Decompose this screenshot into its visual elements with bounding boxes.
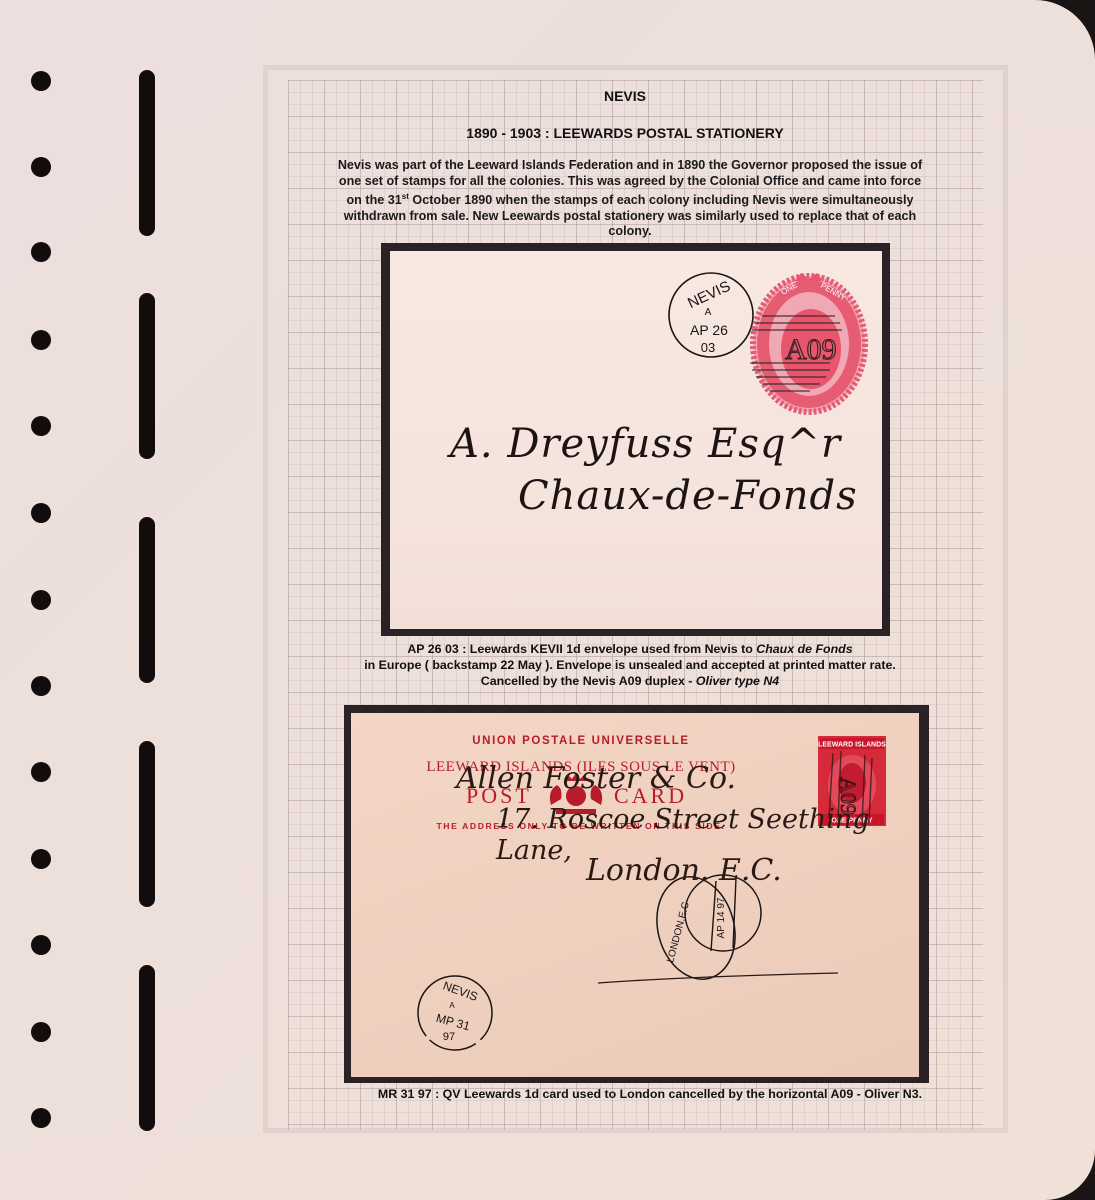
punch-hole xyxy=(31,503,51,523)
postcard-caption: MR 31 97 : QV Leewards 1d card used to L… xyxy=(340,1087,960,1101)
intro-paragraph: Nevis was part of the Leeward Islands Fe… xyxy=(330,158,930,240)
binder-slot xyxy=(139,965,155,1131)
envelope: NEVIS A AP 26 03 ONE PENNY xyxy=(390,251,882,629)
binder-slot xyxy=(139,517,155,683)
punch-hole xyxy=(31,935,51,955)
nevis-postmark-icon: NEVIS A MP 31 97 xyxy=(418,976,492,1050)
punch-hole xyxy=(31,330,51,350)
binder-slot xyxy=(139,70,155,236)
postcard-mount: UNION POSTALE UNIVERSELLE LEEWARD ISLAND… xyxy=(344,705,929,1083)
page-subtitle: 1890 - 1903 : LEEWARDS POSTAL STATIONERY xyxy=(300,125,950,141)
binder-slot xyxy=(139,741,155,907)
envelope-address-line1: A. Dreyfuss Esq^r xyxy=(450,421,841,467)
album-page: NEVIS 1890 - 1903 : LEEWARDS POSTAL STAT… xyxy=(0,0,1095,1200)
nevis-postmark-icon: NEVIS A AP 26 03 xyxy=(669,273,753,357)
punch-hole xyxy=(31,590,51,610)
intro-superscript: st xyxy=(402,192,409,201)
punch-hole xyxy=(31,416,51,436)
svg-text:A: A xyxy=(449,1001,455,1010)
punch-hole xyxy=(31,1022,51,1042)
postcard-address-line3: London. E.C. xyxy=(586,853,782,888)
page-title: NEVIS xyxy=(300,88,950,104)
caption-line-2: in Europe ( backstamp 22 May ). Envelope… xyxy=(330,657,930,673)
svg-text:AP 26: AP 26 xyxy=(690,322,728,338)
svg-text:03: 03 xyxy=(701,340,715,355)
punch-hole xyxy=(31,676,51,696)
envelope-mount: NEVIS A AP 26 03 ONE PENNY xyxy=(381,243,890,636)
svg-text:LEEWARD ISLANDS: LEEWARD ISLANDS xyxy=(818,742,886,749)
punch-hole xyxy=(31,762,51,782)
punch-hole xyxy=(31,849,51,869)
binder-slot xyxy=(139,293,155,459)
svg-text:LONDON.E.C: LONDON.E.C xyxy=(665,901,692,964)
intro-text-2: October 1890 when the stamps of each col… xyxy=(344,193,917,238)
envelope-address-line2: Chaux-de-Fonds xyxy=(518,473,858,519)
punch-hole xyxy=(31,1108,51,1128)
punch-hole xyxy=(31,71,51,91)
svg-text:A: A xyxy=(705,307,712,318)
svg-text:AP 14 97: AP 14 97 xyxy=(716,897,727,938)
svg-text:97: 97 xyxy=(443,1031,455,1043)
svg-text:NEVIS: NEVIS xyxy=(441,979,480,1004)
embossed-stamp-icon: ONE PENNY A09 xyxy=(750,273,865,412)
envelope-caption: AP 26 03 : Leewards KEVII 1d envelope us… xyxy=(330,641,930,689)
punch-hole xyxy=(31,242,51,262)
svg-text:A09: A09 xyxy=(785,333,837,366)
postcard: UNION POSTALE UNIVERSELLE LEEWARD ISLAND… xyxy=(351,713,919,1077)
caption-line-1: AP 26 03 : Leewards KEVII 1d envelope us… xyxy=(330,641,930,657)
punch-hole xyxy=(31,157,51,177)
postcard-address-line1: Allen Foster & Co. xyxy=(456,761,736,796)
caption-line-3: Cancelled by the Nevis A09 duplex - Oliv… xyxy=(330,673,930,689)
